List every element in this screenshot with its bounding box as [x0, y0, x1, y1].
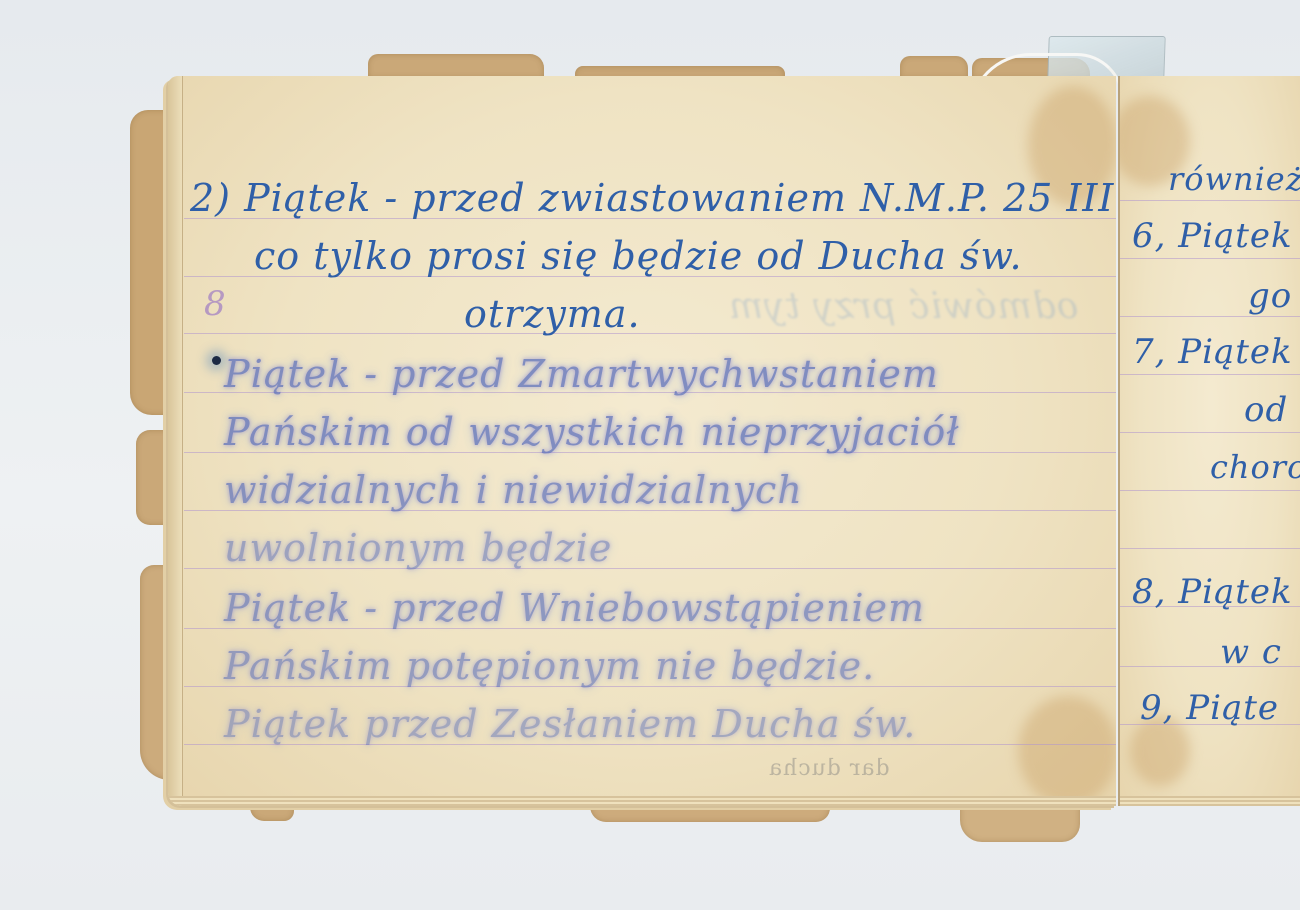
handwritten-line: otrzyma. — [464, 292, 641, 336]
handwritten-line: uwolnionym będzie — [224, 526, 612, 570]
handwritten-line: Piątek - przed Zmartwychwstaniem — [224, 352, 939, 396]
handwritten-line: 2) Piątek - przed zwiastowaniem N.M.P. 2… — [190, 176, 1114, 220]
torn-cover-scrap — [960, 804, 1080, 842]
handwritten-line: również — [1168, 160, 1300, 198]
right-page: również 6, Piątek - go 7, Piątek od chor… — [1118, 76, 1300, 806]
water-stain — [1018, 696, 1116, 806]
bleed-through-text: dar ducha — [768, 756, 890, 781]
handwritten-line: od — [1244, 390, 1288, 430]
handwritten-line: go — [1248, 276, 1292, 316]
ruled-line — [1120, 432, 1300, 433]
handwritten-line: Piątek - przed Wniebowstąpieniem — [224, 586, 925, 630]
handwritten-line: w c — [1220, 632, 1282, 672]
scan-background: odmówić przy tym dar ducha 8 2) Piątek -… — [0, 0, 1300, 910]
handwritten-line: Piątek przed Zesłaniem Ducha św. — [224, 702, 916, 746]
page-stack-edge — [1120, 796, 1300, 806]
handwritten-line: 9, Piąte — [1140, 688, 1279, 728]
torn-cover-scrap — [900, 56, 968, 78]
handwritten-line: 6, Piątek - — [1132, 216, 1300, 256]
torn-cover-scrap — [368, 54, 544, 78]
ruled-line — [1120, 548, 1300, 549]
ruled-line — [1120, 258, 1300, 259]
handwritten-line: co tylko prosi się będzie od Ducha św. — [254, 234, 1023, 278]
handwritten-line: 8, Piątek — [1132, 572, 1293, 612]
handwritten-line: Pańskim od wszystkich nieprzyjaciół — [224, 410, 960, 454]
margin-mark: 8 — [204, 284, 227, 324]
ink-blot — [212, 356, 221, 365]
page-edge — [168, 76, 183, 806]
page-stack-edge — [168, 796, 1116, 806]
ruled-line — [1120, 490, 1300, 491]
left-page: odmówić przy tym dar ducha 8 2) Piątek -… — [168, 76, 1116, 806]
handwritten-line: Pańskim potępionym nie będzie. — [224, 644, 875, 688]
ruled-line — [1120, 200, 1300, 201]
ruled-line — [1120, 316, 1300, 317]
handwritten-line: 7, Piątek — [1132, 332, 1293, 372]
ruled-line — [184, 333, 1116, 334]
ruled-line — [1120, 374, 1300, 375]
handwritten-line: choro — [1210, 448, 1300, 486]
handwritten-line: widzialnych i niewidzialnych — [224, 468, 803, 512]
bleed-through-text: odmówić przy tym — [728, 286, 1078, 327]
